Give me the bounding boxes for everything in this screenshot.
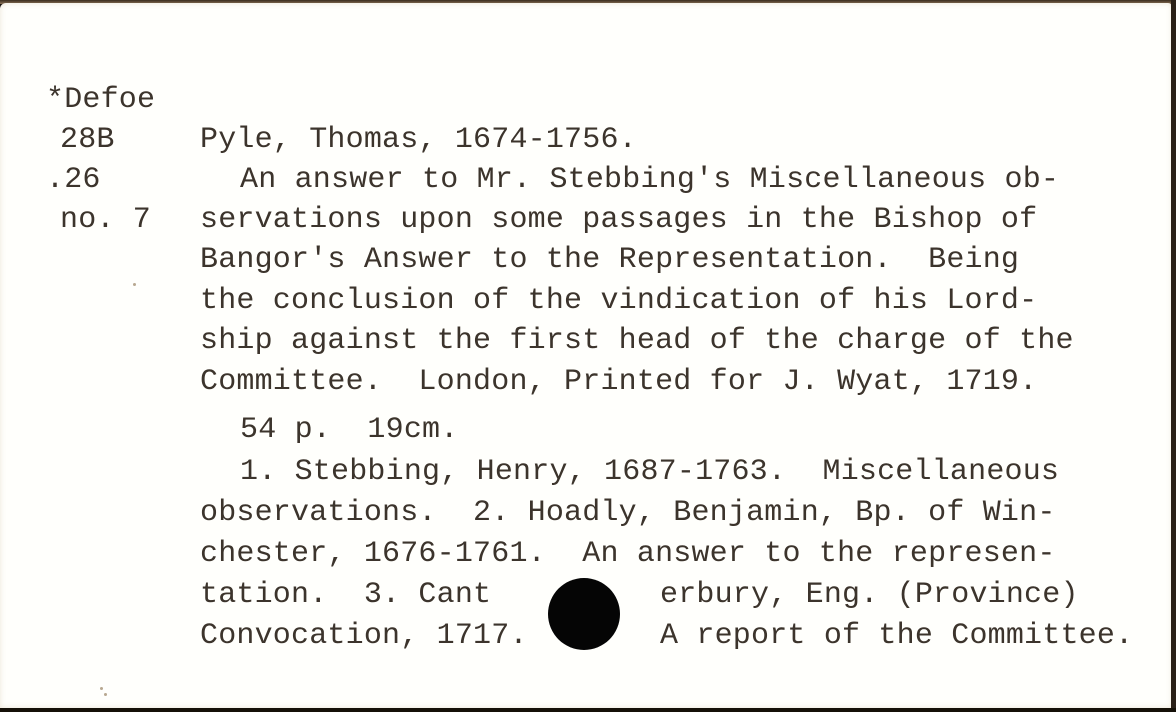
tracing-line-4b: erbury, Eng. (Province): [660, 580, 1079, 610]
paper-speck: [133, 283, 136, 286]
tracing-line-4a: tation. 3. Cant: [200, 580, 491, 610]
tracing-line-5b: A report of the Committee.: [660, 621, 1133, 651]
tracing-line-3: chester, 1676-1761. An answer to the rep…: [200, 539, 1056, 569]
call-number-line-4: no. 7: [60, 205, 151, 235]
title-line-2: servations upon some passages in the Bis…: [200, 205, 1037, 235]
title-line-5: ship against the first head of the charg…: [200, 326, 1074, 356]
call-number-line-1: *Defoe: [46, 85, 155, 115]
tracing-line-1: 1. Stebbing, Henry, 1687-1763. Miscellan…: [240, 457, 1059, 487]
paper-speck: [100, 687, 103, 690]
card-bottom-edge: [0, 708, 1176, 712]
card-right-edge: [1171, 0, 1176, 712]
call-number-line-3: .26: [46, 165, 101, 195]
catalog-card: *Defoe 28B .26 no. 7 Pyle, Thomas, 1674-…: [0, 3, 1172, 708]
imprint-line: Committee. London, Printed for J. Wyat, …: [200, 367, 1037, 397]
punch-hole: [548, 578, 620, 650]
collation-line: 54 p. 19cm.: [240, 415, 458, 445]
tracing-line-2: observations. 2. Hoadly, Benjamin, Bp. o…: [200, 498, 1056, 528]
paper-speck: [104, 693, 107, 696]
call-number-line-2: 28B: [60, 125, 115, 155]
title-line-1: An answer to Mr. Stebbing's Miscellaneou…: [240, 165, 1059, 195]
title-line-4: the conclusion of the vindication of his…: [200, 286, 1037, 316]
title-line-3: Bangor's Answer to the Representation. B…: [200, 245, 1019, 275]
main-entry-heading: Pyle, Thomas, 1674-1756.: [200, 125, 637, 155]
tracing-line-5a: Convocation, 1717.: [200, 621, 528, 651]
